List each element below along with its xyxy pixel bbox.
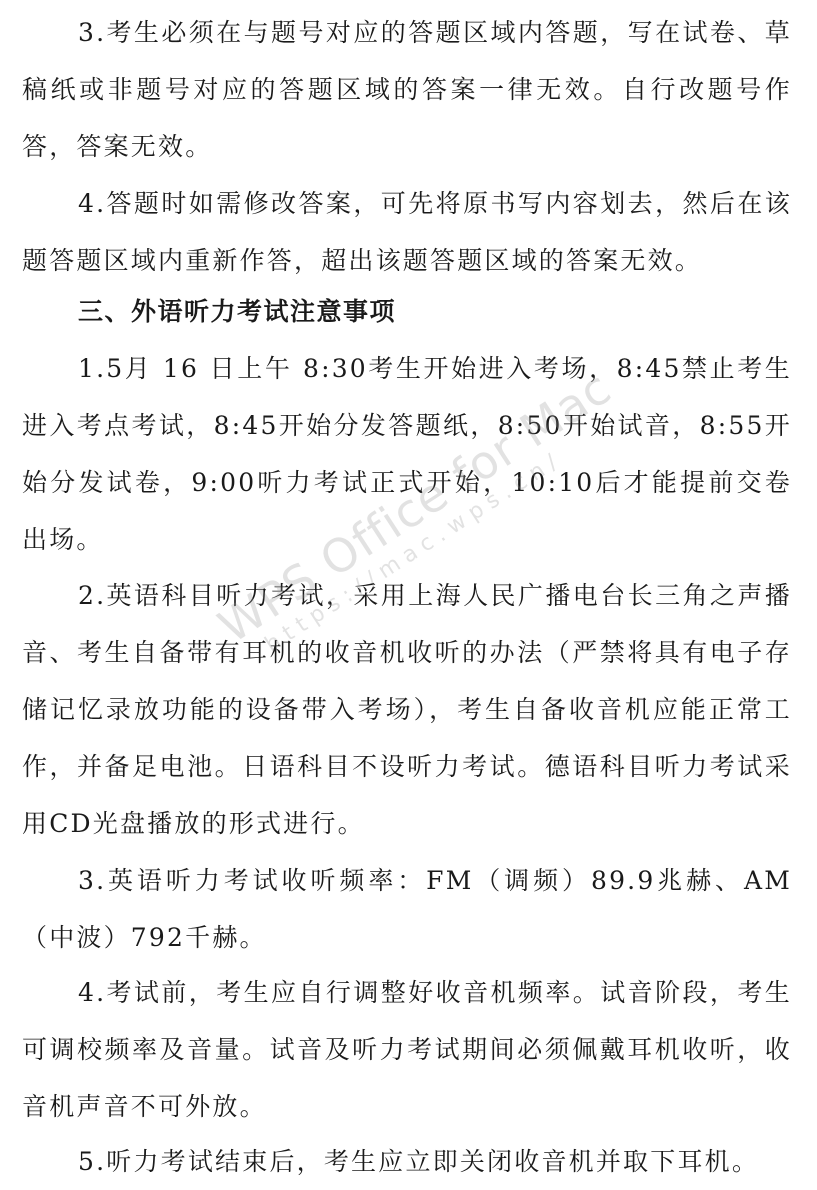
paragraph-modify-answer-rule: 4.答题时如需修改答案，可先将原书写内容划去，然后在该题答题区域内重新作答，超出… bbox=[22, 175, 792, 289]
document-page: 3.考生必须在与题号对应的答题区域内答题，写在试卷、草稿纸或非题号对应的答题区域… bbox=[0, 0, 817, 1190]
paragraph-frequency: 3.英语听力考试收听频率：FM（调频）89.9兆赫、AM（中波）792千赫。 bbox=[22, 852, 792, 966]
paragraph-after-test-rule: 5.听力考试结束后，考生应立即关闭收音机并取下耳机。 bbox=[22, 1133, 792, 1190]
paragraph-tuning-rule: 4.考试前，考生应自行调整好收音机频率。试音阶段，考生可调校频率及音量。试音及听… bbox=[22, 964, 792, 1135]
paragraph-schedule: 1.5月 16 日上午 8:30考生开始进入考场，8:45禁止考生进入考点考试，… bbox=[22, 340, 792, 568]
paragraph-english-listening-method: 2.英语科目听力考试，采用上海人民广播电台长三角之声播音、考生自备带有耳机的收音… bbox=[22, 567, 792, 852]
section-heading-listening-test: 三、外语听力考试注意事项 bbox=[22, 283, 792, 340]
paragraph-answer-area-rule: 3.考生必须在与题号对应的答题区域内答题，写在试卷、草稿纸或非题号对应的答题区域… bbox=[22, 4, 792, 175]
